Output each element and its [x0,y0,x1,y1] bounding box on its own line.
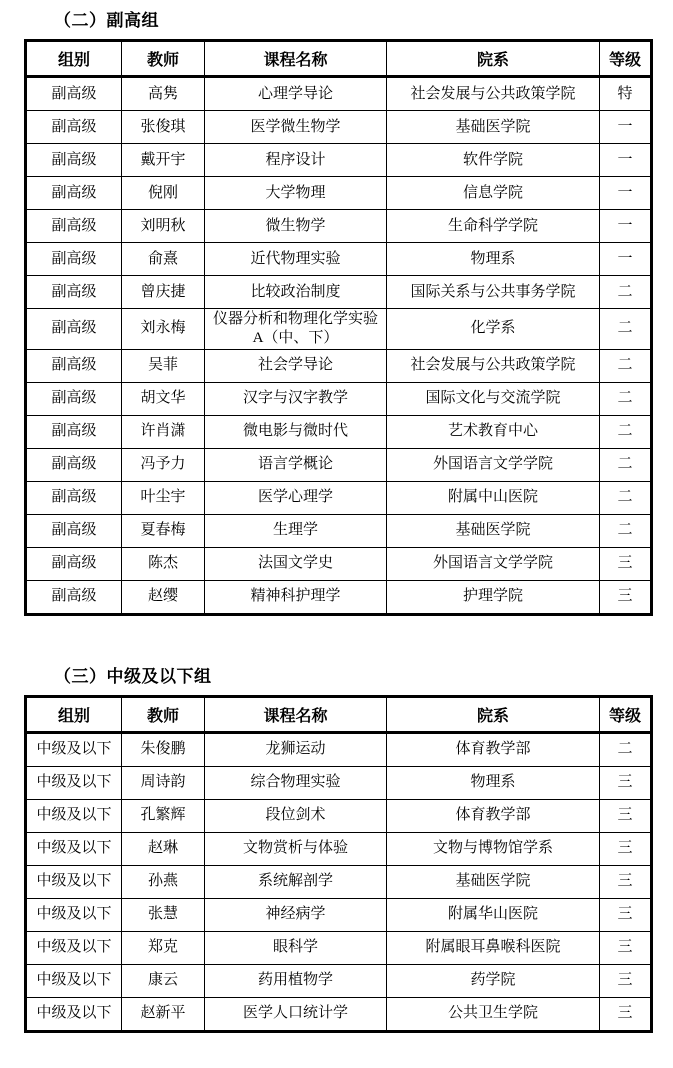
table-cell: 中级及以下 [26,766,122,799]
table-cell: 三 [600,766,652,799]
table-cell: 叶尘宇 [122,481,205,514]
table-cell: 龙狮运动 [205,732,387,766]
table-cell: 物理系 [387,243,600,276]
table-row: 中级及以下周诗韵综合物理实验物理系三 [26,766,652,799]
table-cell: 二 [600,481,652,514]
table-cell: 国际文化与交流学院 [387,382,600,415]
table-cell: 国际关系与公共事务学院 [387,276,600,309]
column-header: 教师 [122,41,205,77]
table-cell: 基础医学院 [387,865,600,898]
table-cell: 护理学院 [387,580,600,614]
table-cell: 中级及以下 [26,898,122,931]
table-cell: 中级及以下 [26,732,122,766]
table-cell: 副高级 [26,415,122,448]
table-cell: 副高级 [26,77,122,111]
table-cell: 张慧 [122,898,205,931]
table-cell: 信息学院 [387,177,600,210]
column-header: 院系 [387,41,600,77]
table-cell: 副高级 [26,382,122,415]
header-row: 组别教师课程名称院系等级 [26,41,652,77]
table-cell: 比较政治制度 [205,276,387,309]
table-cell: 赵琳 [122,832,205,865]
table-cell: 一 [600,144,652,177]
table-cell: 段位剑术 [205,799,387,832]
table-cell: 孔繁辉 [122,799,205,832]
table-cell: 中级及以下 [26,799,122,832]
table-cell: 副高级 [26,111,122,144]
column-header: 等级 [600,696,652,732]
section-title-intermediate-group: （三）中级及以下组 [54,662,673,687]
table-row: 中级及以下朱俊鹏龙狮运动体育教学部二 [26,732,652,766]
table-cell: 中级及以下 [26,931,122,964]
table-cell: 副高级 [26,177,122,210]
table-cell: 副高级 [26,448,122,481]
table-row: 中级及以下赵新平医学人口统计学公共卫生学院三 [26,997,652,1031]
table-cell: 副高级 [26,580,122,614]
table-cell: 康云 [122,964,205,997]
table-cell: 倪刚 [122,177,205,210]
table-cell: 三 [600,865,652,898]
table-cell: 中级及以下 [26,964,122,997]
table-cell: 赵缨 [122,580,205,614]
table-cell: 冯予力 [122,448,205,481]
table-cell: 微电影与微时代 [205,415,387,448]
table-body: 中级及以下朱俊鹏龙狮运动体育教学部二中级及以下周诗韵综合物理实验物理系三中级及以… [26,732,652,1031]
table-cell: 一 [600,177,652,210]
table-header: 组别教师课程名称院系等级 [26,41,652,77]
table-cell: 大学物理 [205,177,387,210]
table-row: 副高级叶尘宇医学心理学附属中山医院二 [26,481,652,514]
table-row: 中级及以下孙燕系统解剖学基础医学院三 [26,865,652,898]
table-row: 中级及以下孔繁辉段位剑术体育教学部三 [26,799,652,832]
table-cell: 副高级 [26,210,122,243]
table-cell: 三 [600,898,652,931]
table-cell: 副高级 [26,243,122,276]
table-cell: 高隽 [122,77,205,111]
table-row: 副高级倪刚大学物理信息学院一 [26,177,652,210]
table-cell: 二 [600,514,652,547]
table-cell: 副高级 [26,547,122,580]
table-row: 中级及以下郑克眼科学附属眼耳鼻喉科医院三 [26,931,652,964]
table-cell: 戴开宇 [122,144,205,177]
table-cell: 朱俊鹏 [122,732,205,766]
table-cell: 基础医学院 [387,111,600,144]
table-cell: 三 [600,799,652,832]
table-cell: 副高级 [26,514,122,547]
table-cell: 语言学概论 [205,448,387,481]
table-cell: 刘永梅 [122,309,205,350]
table-cell: 社会发展与公共政策学院 [387,349,600,382]
table-row: 副高级许肖潇微电影与微时代艺术教育中心二 [26,415,652,448]
table-cell: 心理学导论 [205,77,387,111]
table-cell: 社会学导论 [205,349,387,382]
table-cell: 药用植物学 [205,964,387,997]
table-cell: 医学微生物学 [205,111,387,144]
table-row: 副高级陈杰法国文学史外国语言文学学院三 [26,547,652,580]
table-cell: 汉字与汉字教学 [205,382,387,415]
table-cell: 孙燕 [122,865,205,898]
column-header: 组别 [26,41,122,77]
table-cell: 俞熹 [122,243,205,276]
table-row: 副高级胡文华汉字与汉字教学国际文化与交流学院二 [26,382,652,415]
table-cell: 刘明秋 [122,210,205,243]
table-cell: 三 [600,580,652,614]
table-cell: 仪器分析和物理化学实验A（中、下） [205,309,387,350]
table-row: 副高级戴开宇程序设计软件学院一 [26,144,652,177]
table-cell: 陈杰 [122,547,205,580]
table-row: 副高级夏春梅生理学基础医学院二 [26,514,652,547]
column-header: 课程名称 [205,41,387,77]
table-cell: 夏春梅 [122,514,205,547]
table-cell: 艺术教育中心 [387,415,600,448]
table-row: 副高级曾庆捷比较政治制度国际关系与公共事务学院二 [26,276,652,309]
table-cell: 公共卫生学院 [387,997,600,1031]
table-cell: 神经病学 [205,898,387,931]
table-cell: 社会发展与公共政策学院 [387,77,600,111]
table-cell: 二 [600,732,652,766]
table-cell: 近代物理实验 [205,243,387,276]
table-cell: 体育教学部 [387,799,600,832]
table-cell: 三 [600,997,652,1031]
table-cell: 文物赏析与体验 [205,832,387,865]
table-cell: 张俊琪 [122,111,205,144]
table-row: 中级及以下张慧神经病学附属华山医院三 [26,898,652,931]
table-cell: 胡文华 [122,382,205,415]
table-cell: 外国语言文学学院 [387,448,600,481]
table-cell: 一 [600,243,652,276]
table-body: 副高级高隽心理学导论社会发展与公共政策学院特副高级张俊琪医学微生物学基础医学院一… [26,77,652,615]
table-cell: 二 [600,309,652,350]
table-cell: 周诗韵 [122,766,205,799]
column-header: 课程名称 [205,696,387,732]
table-cell: 三 [600,832,652,865]
table-cell: 副高级 [26,349,122,382]
table-row: 中级及以下赵琳文物赏析与体验文物与博物馆学系三 [26,832,652,865]
table-row: 副高级刘明秋微生物学生命科学学院一 [26,210,652,243]
document-page: （二）副高组 组别教师课程名称院系等级 副高级高隽心理学导论社会发展与公共政策学… [0,0,673,1068]
table-cell: 文物与博物馆学系 [387,832,600,865]
table-cell: 吴菲 [122,349,205,382]
table-cell: 副高级 [26,144,122,177]
table-cell: 赵新平 [122,997,205,1031]
table-row: 中级及以下康云药用植物学药学院三 [26,964,652,997]
table-cell: 三 [600,964,652,997]
table-cell: 一 [600,111,652,144]
table-cell: 郑克 [122,931,205,964]
table-cell: 软件学院 [387,144,600,177]
table-row: 副高级冯予力语言学概论外国语言文学学院二 [26,448,652,481]
table-cell: 三 [600,931,652,964]
table-cell: 二 [600,349,652,382]
table-cell: 副高级 [26,309,122,350]
column-header: 等级 [600,41,652,77]
table-cell: 曾庆捷 [122,276,205,309]
table-row: 副高级张俊琪医学微生物学基础医学院一 [26,111,652,144]
header-row: 组别教师课程名称院系等级 [26,696,652,732]
table-header: 组别教师课程名称院系等级 [26,696,652,732]
table-cell: 二 [600,448,652,481]
table-cell: 许肖潇 [122,415,205,448]
table-cell: 附属华山医院 [387,898,600,931]
table-cell: 精神科护理学 [205,580,387,614]
section-title-subsenior-group: （二）副高组 [54,6,673,31]
table-cell: 中级及以下 [26,865,122,898]
intermediate-group-table: 组别教师课程名称院系等级 中级及以下朱俊鹏龙狮运动体育教学部二中级及以下周诗韵综… [24,695,653,1033]
table-cell: 系统解剖学 [205,865,387,898]
table-cell: 二 [600,276,652,309]
table-row: 副高级赵缨精神科护理学护理学院三 [26,580,652,614]
table-cell: 中级及以下 [26,832,122,865]
table-cell: 中级及以下 [26,997,122,1031]
table-cell: 法国文学史 [205,547,387,580]
table-cell: 生命科学学院 [387,210,600,243]
table-cell: 特 [600,77,652,111]
table-cell: 药学院 [387,964,600,997]
table-row: 副高级俞熹近代物理实验物理系一 [26,243,652,276]
table-cell: 二 [600,415,652,448]
table-cell: 物理系 [387,766,600,799]
table-cell: 附属眼耳鼻喉科医院 [387,931,600,964]
table-row: 副高级高隽心理学导论社会发展与公共政策学院特 [26,77,652,111]
table-cell: 二 [600,382,652,415]
table-cell: 医学人口统计学 [205,997,387,1031]
subsenior-group-table: 组别教师课程名称院系等级 副高级高隽心理学导论社会发展与公共政策学院特副高级张俊… [24,39,653,616]
table-cell: 一 [600,210,652,243]
table-cell: 三 [600,547,652,580]
table-cell: 附属中山医院 [387,481,600,514]
table-cell: 生理学 [205,514,387,547]
table-cell: 综合物理实验 [205,766,387,799]
column-header: 院系 [387,696,600,732]
table-row: 副高级刘永梅仪器分析和物理化学实验A（中、下）化学系二 [26,309,652,350]
table-cell: 化学系 [387,309,600,350]
table-cell: 副高级 [26,276,122,309]
table-cell: 微生物学 [205,210,387,243]
table-cell: 医学心理学 [205,481,387,514]
table-cell: 基础医学院 [387,514,600,547]
table-cell: 外国语言文学学院 [387,547,600,580]
column-header: 教师 [122,696,205,732]
table-cell: 眼科学 [205,931,387,964]
column-header: 组别 [26,696,122,732]
table-cell: 程序设计 [205,144,387,177]
table-cell: 体育教学部 [387,732,600,766]
table-row: 副高级吴菲社会学导论社会发展与公共政策学院二 [26,349,652,382]
table-cell: 副高级 [26,481,122,514]
